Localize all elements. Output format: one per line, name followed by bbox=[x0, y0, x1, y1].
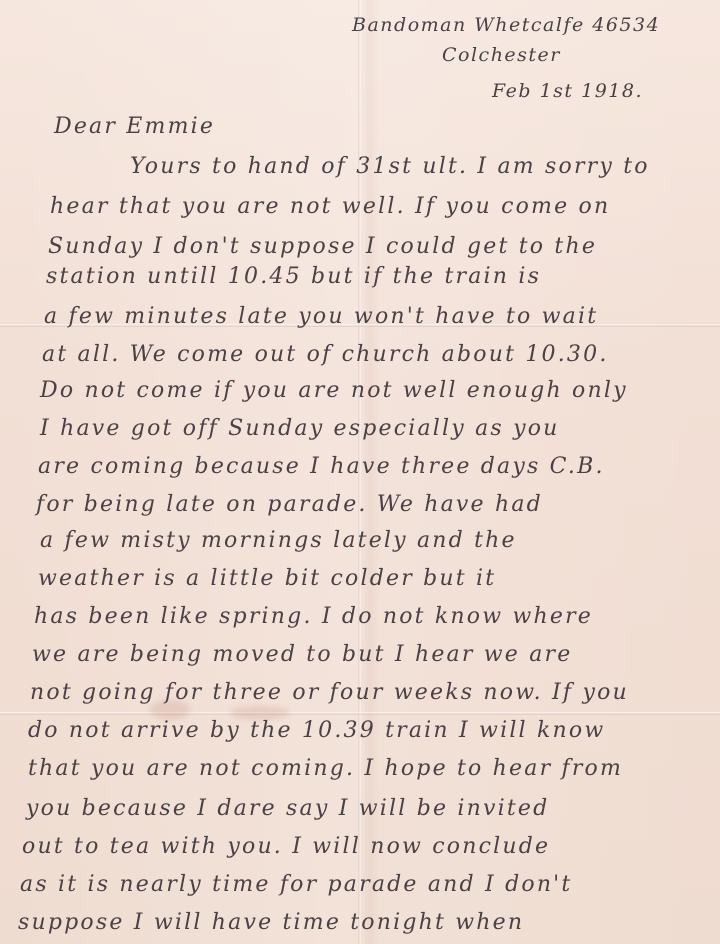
letter-line: a few minutes late you won't have to wai… bbox=[44, 304, 598, 329]
letter-line: at all. We come out of church about 10.3… bbox=[42, 342, 609, 367]
letter-line: for being late on parade. We have had bbox=[36, 492, 543, 517]
letter-line: I have got off Sunday especially as you bbox=[40, 416, 560, 441]
letter-line: station untill 10.45 but if the train is bbox=[46, 264, 541, 289]
letter-line: suppose I will have time tonight when bbox=[18, 910, 524, 935]
letter-page: ​ Bandoman Whetcalfe 46534 Colchester Fe… bbox=[0, 0, 720, 944]
letter-line: a few misty mornings lately and the bbox=[40, 528, 517, 553]
letter-line: not going for three or four weeks now. I… bbox=[30, 680, 629, 705]
letter-line: do not arrive by the 10.39 train I will … bbox=[28, 718, 605, 743]
letter-line: Do not come if you are not well enough o… bbox=[40, 378, 628, 403]
letter-line: Sunday I don't suppose I could get to th… bbox=[48, 234, 597, 259]
letter-line: weather is a little bit colder but it bbox=[38, 566, 496, 591]
letter-line: as it is nearly time for parade and I do… bbox=[20, 872, 572, 897]
letter-line: that you are not coming. I hope to hear … bbox=[28, 756, 623, 781]
letter-line: Yours to hand of 31st ult. I am sorry to bbox=[130, 154, 650, 179]
salutation: Dear Emmie bbox=[54, 114, 215, 139]
letter-line: out to tea with you. I will now conclude bbox=[22, 834, 550, 859]
letter-line: you because I dare say I will be invited bbox=[26, 796, 549, 821]
letter-line: are coming because I have three days C.B… bbox=[38, 454, 605, 479]
letter-line: we are being moved to but I hear we are bbox=[32, 642, 572, 667]
date-line: Feb 1st 1918. bbox=[492, 80, 643, 102]
location-line: Colchester bbox=[442, 44, 561, 66]
letter-line: has been like spring. I do not know wher… bbox=[34, 604, 593, 629]
sender-line: Bandoman Whetcalfe 46534 bbox=[352, 14, 660, 36]
horizontal-fold-crease bbox=[0, 712, 720, 715]
letter-line: hear that you are not well. If you come … bbox=[50, 194, 610, 219]
